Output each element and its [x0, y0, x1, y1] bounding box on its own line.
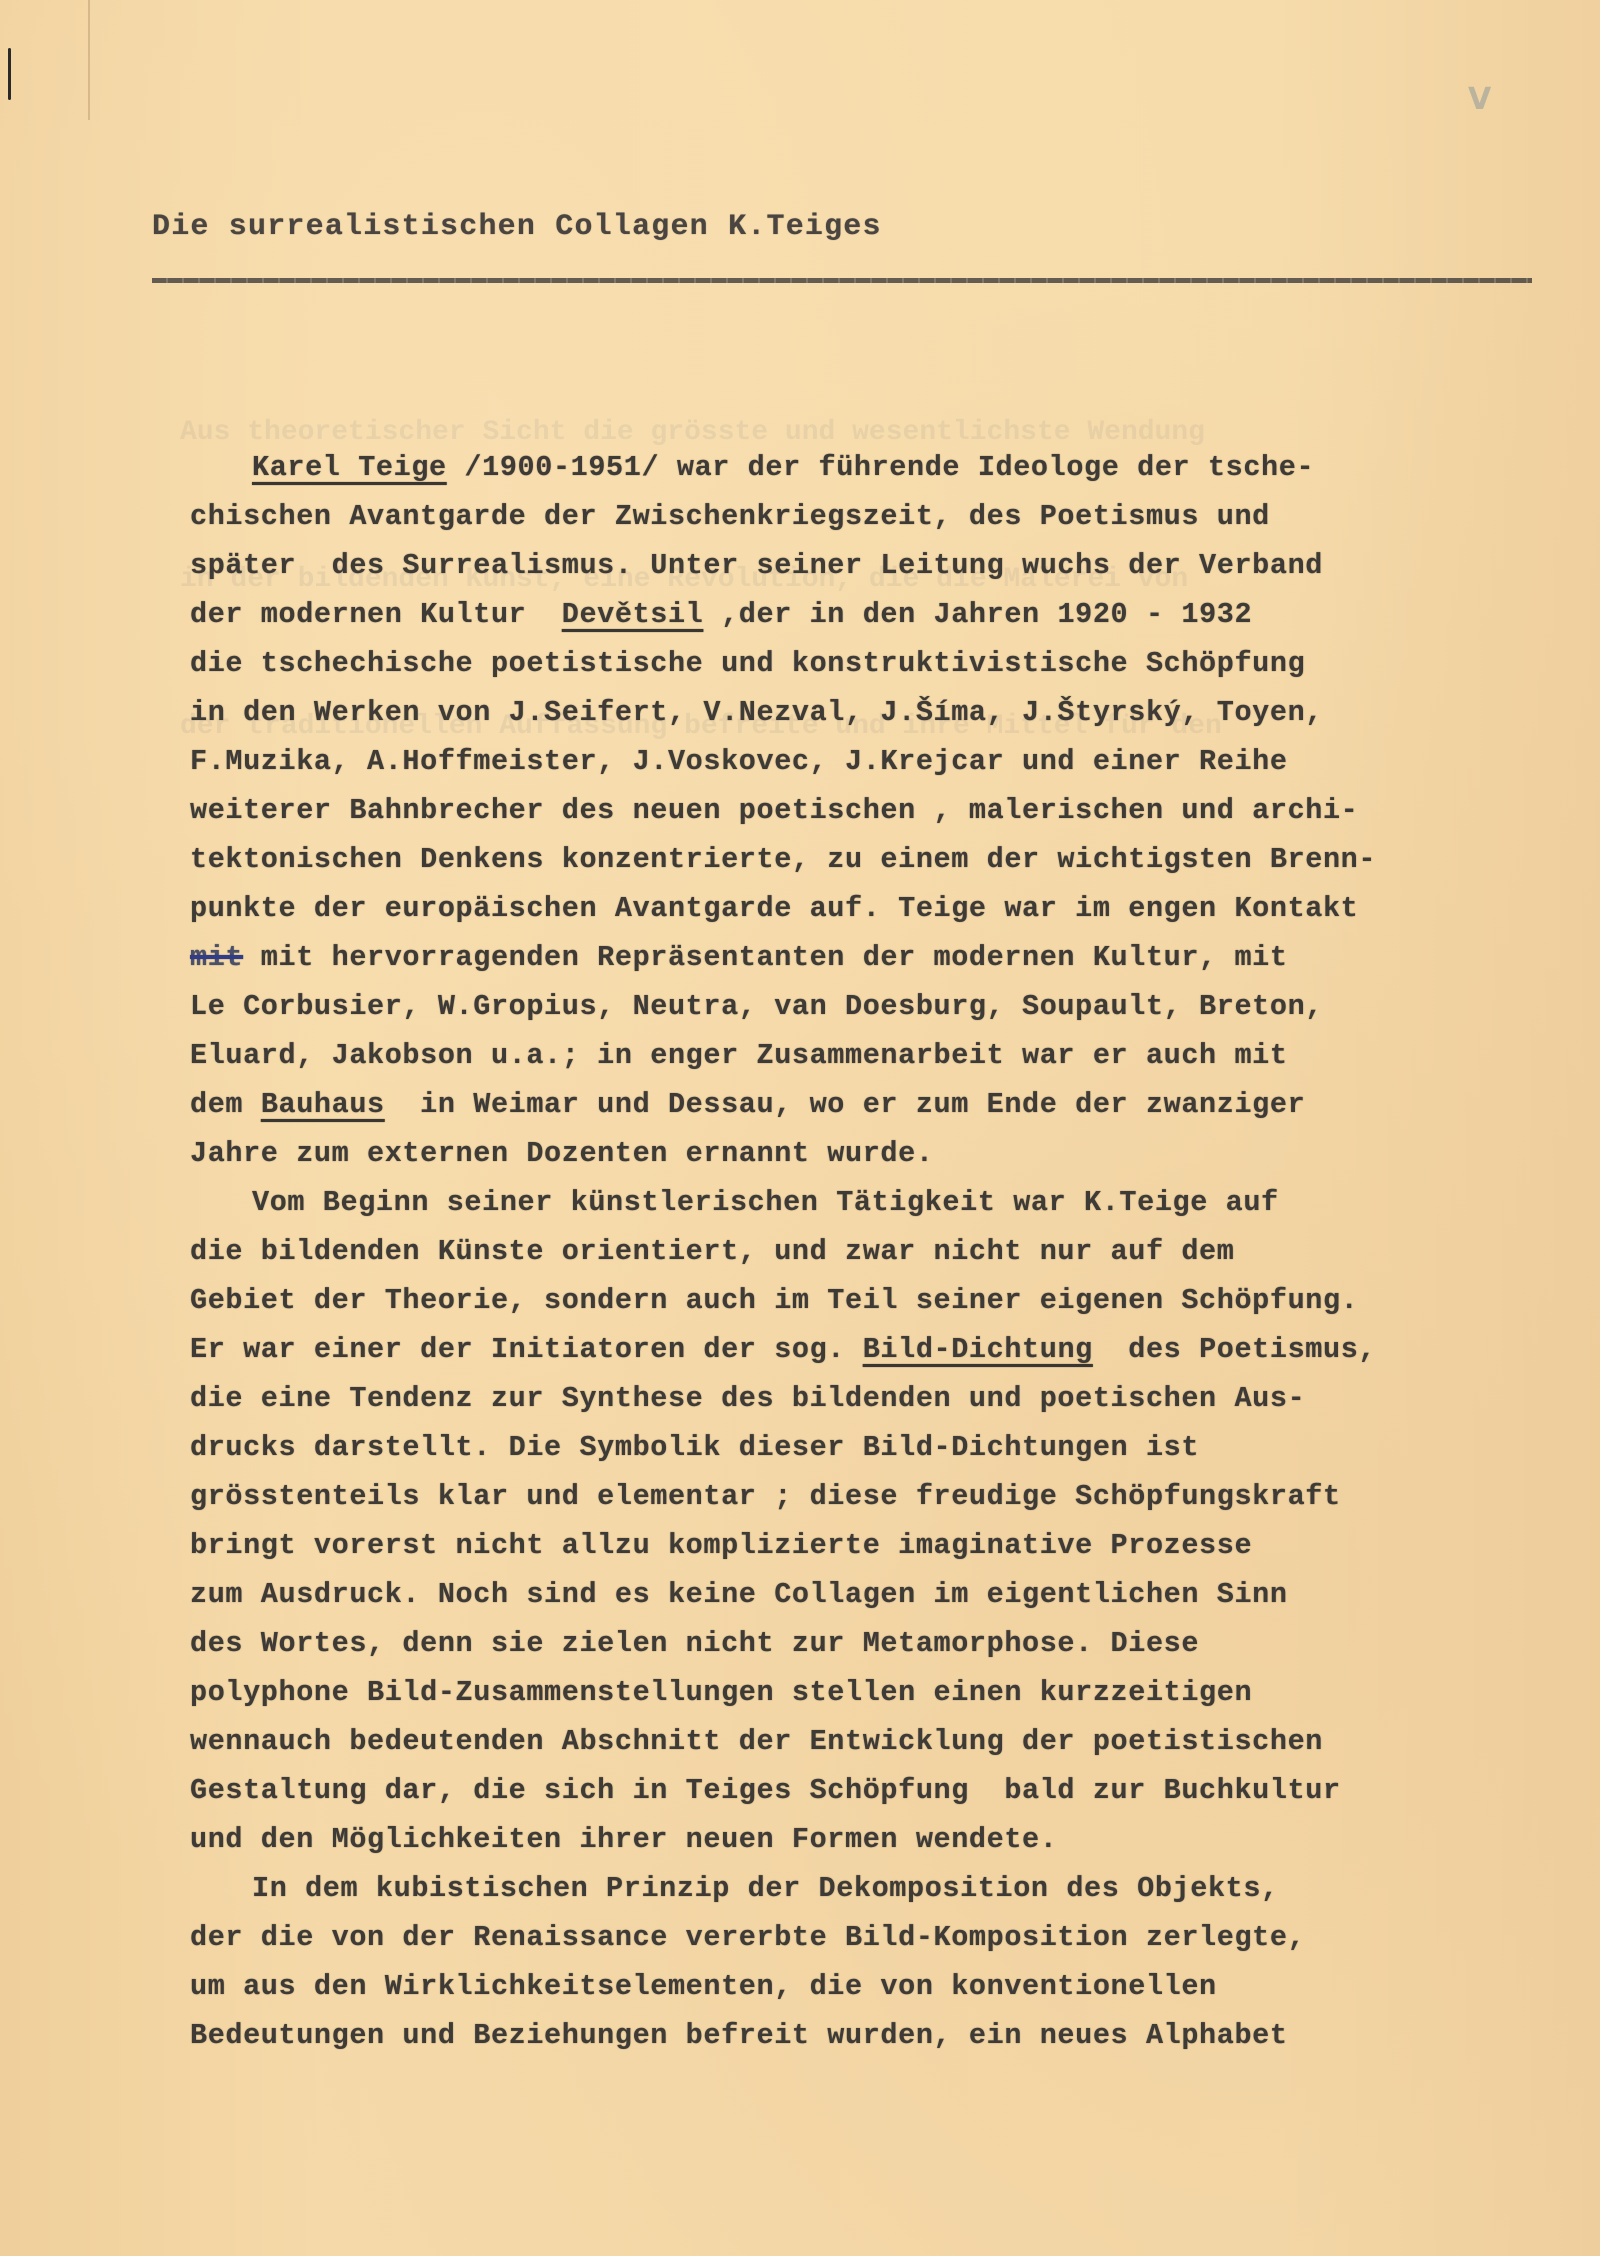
- line-text: tektonischen Denkens konzentrierte, zu e…: [190, 843, 1376, 876]
- line-text: die eine Tendenz zur Synthese des bilden…: [190, 1382, 1305, 1415]
- line-text: des Wortes, denn sie zielen nicht zur Me…: [190, 1627, 1199, 1660]
- line-text: Er war einer der Initiatoren der sog.: [190, 1333, 863, 1366]
- paragraph: In dem kubistischen Prinzip der Dekompos…: [190, 1864, 1550, 2060]
- page-number-mark: V: [1468, 82, 1496, 118]
- paper-fold-crease: [88, 0, 90, 120]
- line-text: Le Corbusier, W.Gropius, Neutra, van Doe…: [190, 990, 1323, 1023]
- line-text: in Weimar und Dessau, wo er zum Ende der…: [385, 1088, 1306, 1121]
- text-line: Le Corbusier, W.Gropius, Neutra, van Doe…: [190, 982, 1550, 1031]
- text-line: Jahre zum externen Dozenten ernannt wurd…: [190, 1129, 1550, 1178]
- text-line: Gestaltung dar, die sich in Teiges Schöp…: [190, 1766, 1550, 1815]
- paragraph: Karel Teige /1900-1951/ war der führende…: [190, 443, 1550, 1178]
- line-text: In dem kubistischen Prinzip der Dekompos…: [252, 1872, 1279, 1905]
- underlined-term: Bauhaus: [261, 1088, 385, 1121]
- text-line: und den Möglichkeiten ihrer neuen Formen…: [190, 1815, 1550, 1864]
- text-line: Bedeutungen und Beziehungen befreit wurd…: [190, 2011, 1550, 2060]
- line-text: in den Werken von J.Seifert, V.Nezval, J…: [190, 696, 1323, 729]
- line-text: und den Möglichkeiten ihrer neuen Formen…: [190, 1823, 1057, 1856]
- text-line: polyphone Bild-Zusammenstellungen stelle…: [190, 1668, 1550, 1717]
- line-text: punkte der europäischen Avantgarde auf. …: [190, 892, 1358, 925]
- text-line: tektonischen Denkens konzentrierte, zu e…: [190, 835, 1550, 884]
- text-line: Vom Beginn seiner künstlerischen Tätigke…: [190, 1178, 1550, 1227]
- line-text: die tschechische poetistische und konstr…: [190, 647, 1305, 680]
- line-text: der modernen Kultur: [190, 598, 562, 631]
- text-line: mit mit hervorragenden Repräsentanten de…: [190, 933, 1550, 982]
- line-text: ,der in den Jahren 1920 - 1932: [703, 598, 1252, 631]
- text-line: wennauch bedeutenden Abschnitt der Entwi…: [190, 1717, 1550, 1766]
- title-underline-rule: [152, 278, 1532, 283]
- line-text: F.Muzika, A.Hoffmeister, J.Voskovec, J.K…: [190, 745, 1288, 778]
- text-line: um aus den Wirklichkeitselementen, die v…: [190, 1962, 1550, 2011]
- line-text: bringt vorerst nicht allzu komplizierte …: [190, 1529, 1252, 1562]
- underlined-term: Devětsil: [562, 598, 704, 631]
- line-text: grösstenteils klar und elementar ; diese…: [190, 1480, 1341, 1513]
- text-line: die tschechische poetistische und konstr…: [190, 639, 1550, 688]
- text-line: grösstenteils klar und elementar ; diese…: [190, 1472, 1550, 1521]
- line-text: Bedeutungen und Beziehungen befreit wurd…: [190, 2019, 1288, 2052]
- line-text: später des Surrealismus. Unter seiner Le…: [190, 549, 1323, 582]
- underlined-term: Bild-Dichtung: [863, 1333, 1093, 1366]
- text-line: In dem kubistischen Prinzip der Dekompos…: [190, 1864, 1550, 1913]
- document-title: Die surrealistischen Collagen K.Teiges: [152, 210, 882, 244]
- text-line: F.Muzika, A.Hoffmeister, J.Voskovec, J.K…: [190, 737, 1550, 786]
- line-text: /1900-1951/ war der führende Ideologe de…: [447, 451, 1314, 484]
- line-text: chischen Avantgarde der Zwischenkriegsze…: [190, 500, 1270, 533]
- underlined-term: Karel Teige: [252, 451, 447, 484]
- line-text: zum Ausdruck. Noch sind es keine Collage…: [190, 1578, 1288, 1611]
- line-text: des Poetismus,: [1093, 1333, 1376, 1366]
- body-text: Karel Teige /1900-1951/ war der führende…: [190, 443, 1550, 2060]
- document-page: V Die surrealistischen Collagen K.Teiges…: [0, 0, 1600, 2256]
- text-line: chischen Avantgarde der Zwischenkriegsze…: [190, 492, 1550, 541]
- text-line: der modernen Kultur Devětsil ,der in den…: [190, 590, 1550, 639]
- struck-out-word: mit: [190, 941, 243, 974]
- line-text: mit hervorragenden Repräsentanten der mo…: [243, 941, 1287, 974]
- text-line: die eine Tendenz zur Synthese des bilden…: [190, 1374, 1550, 1423]
- line-text: Gestaltung dar, die sich in Teiges Schöp…: [190, 1774, 1341, 1807]
- text-line: bringt vorerst nicht allzu komplizierte …: [190, 1521, 1550, 1570]
- text-line: des Wortes, denn sie zielen nicht zur Me…: [190, 1619, 1550, 1668]
- line-text: der die von der Renaissance vererbte Bil…: [190, 1921, 1305, 1954]
- paragraph: Vom Beginn seiner künstlerischen Tätigke…: [190, 1178, 1550, 1864]
- line-text: um aus den Wirklichkeitselementen, die v…: [190, 1970, 1217, 2003]
- text-line: weiterer Bahnbrecher des neuen poetische…: [190, 786, 1550, 835]
- line-text: Eluard, Jakobson u.a.; in enger Zusammen…: [190, 1039, 1288, 1072]
- text-line: der die von der Renaissance vererbte Bil…: [190, 1913, 1550, 1962]
- text-line: später des Surrealismus. Unter seiner Le…: [190, 541, 1550, 590]
- line-text: Jahre zum externen Dozenten ernannt wurd…: [190, 1137, 934, 1170]
- line-text: weiterer Bahnbrecher des neuen poetische…: [190, 794, 1358, 827]
- text-line: drucks darstellt. Die Symbolik dieser Bi…: [190, 1423, 1550, 1472]
- text-line: Gebiet der Theorie, sondern auch im Teil…: [190, 1276, 1550, 1325]
- text-line: Karel Teige /1900-1951/ war der führende…: [190, 443, 1550, 492]
- line-text: drucks darstellt. Die Symbolik dieser Bi…: [190, 1431, 1199, 1464]
- text-line: punkte der europäischen Avantgarde auf. …: [190, 884, 1550, 933]
- text-line: zum Ausdruck. Noch sind es keine Collage…: [190, 1570, 1550, 1619]
- text-line: dem Bauhaus in Weimar und Dessau, wo er …: [190, 1080, 1550, 1129]
- staple-mark: [8, 48, 11, 100]
- line-text: die bildenden Künste orientiert, und zwa…: [190, 1235, 1234, 1268]
- line-text: wennauch bedeutenden Abschnitt der Entwi…: [190, 1725, 1323, 1758]
- text-line: Er war einer der Initiatoren der sog. Bi…: [190, 1325, 1550, 1374]
- text-line: Eluard, Jakobson u.a.; in enger Zusammen…: [190, 1031, 1550, 1080]
- text-line: in den Werken von J.Seifert, V.Nezval, J…: [190, 688, 1550, 737]
- line-text: Vom Beginn seiner künstlerischen Tätigke…: [252, 1186, 1279, 1219]
- line-text: dem: [190, 1088, 261, 1121]
- text-line: die bildenden Künste orientiert, und zwa…: [190, 1227, 1550, 1276]
- line-text: polyphone Bild-Zusammenstellungen stelle…: [190, 1676, 1252, 1709]
- line-text: Gebiet der Theorie, sondern auch im Teil…: [190, 1284, 1358, 1317]
